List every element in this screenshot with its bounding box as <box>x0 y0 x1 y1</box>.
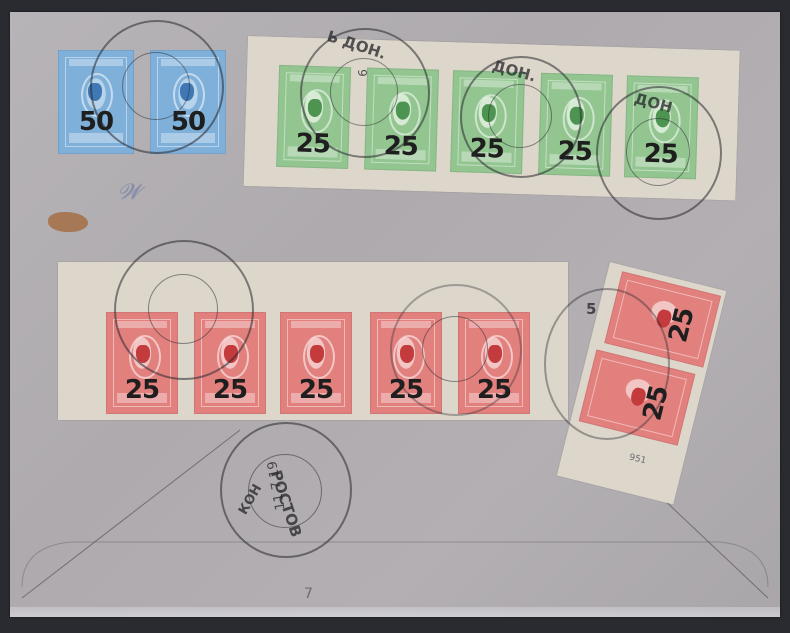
envelope: 𝓦 50 50 25 25 25 25 25 25 25 25 25 25 25… <box>10 12 780 617</box>
postmark-green-2: ДОН. <box>460 56 582 178</box>
eagle-icon <box>310 345 324 363</box>
postmark-red-mid <box>390 284 522 416</box>
postmark-rostov: РОСТОВ КОН 11.7.19 <box>220 422 352 558</box>
postmark-top-left <box>90 20 224 154</box>
pencil-number: 7 <box>304 586 313 602</box>
stain <box>48 212 88 232</box>
postmark-red-left <box>114 240 254 380</box>
postmark-red-right: 5 <box>544 288 670 440</box>
postmark-green-3: ДОН <box>596 86 722 220</box>
stamp-red-25k-3: 25 <box>280 312 352 414</box>
blue-crayon-mark: 𝓦 <box>118 180 141 205</box>
postmark-green-1: Ь ДОН. 9 <box>300 28 430 158</box>
